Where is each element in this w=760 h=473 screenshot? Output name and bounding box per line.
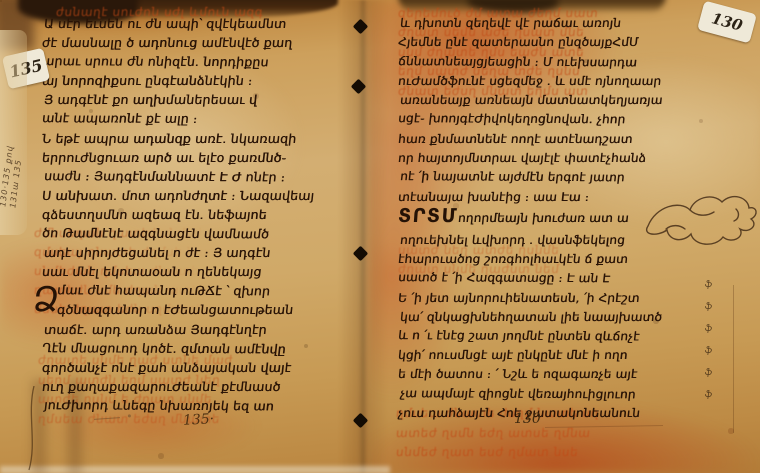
margin-mark: ֆ: [702, 302, 712, 324]
folio-sticker-right-number: 130: [710, 9, 745, 34]
drop-initial-letter: Ձ: [32, 283, 61, 317]
folio-number-bottom-right: 130: [514, 411, 541, 427]
manuscript-text-line: ժէ մասնալը ծ ադոնուց ամէնվէծ քաղ: [41, 33, 363, 52]
folio-number-bottom-left: 135·: [183, 411, 215, 429]
right-page-text-block-lower: ողուեխնել ևվխորդ . վասնֆեկելոցէհարուածոց…: [398, 231, 733, 423]
manuscript-text-line: ուղ քաղաքազարուԺեանէ քէմնասծ: [41, 377, 363, 396]
manuscript-text-line: Յ ադգէնէ քո աղխմաներեսաւ վ: [43, 90, 363, 109]
manuscript-text-line: սատծ է ՛ի Հազգատացը ։ Է ան Է: [397, 269, 734, 290]
right-margin-marks: ֆֆֆֆֆֆ: [704, 280, 711, 412]
manuscript-text-line: կա՛ զնկացխնեհղատան լիե նաայխատծ: [399, 308, 734, 327]
right-page-text-block-upper: և դխոտն զեղեվէ վէ րաճաւ առոյնՀյեմնե ընէ …: [398, 14, 733, 207]
margin-mark: ֆ: [702, 368, 712, 390]
manuscript-text-line: գործանչէ ոնէ քահ անձայական վայէ: [41, 358, 363, 377]
manuscript-text-line: գծնազգանոր ո էԺեանցատութեան: [41, 300, 363, 319]
manuscript-text-line: ուԺամծֆունէ սցեզմեջ . և սմէ ոյնողաար: [397, 72, 734, 91]
manuscript-text-line: Ե ՛ի յետ այնորուիենատեսն, ՛ի Հրէշտ: [397, 289, 734, 308]
manuscript-text-line: տաճէ. արդ առանձա Յադգէնղէր: [43, 320, 363, 339]
bleed-line: սնմեժ ղատ եսժ ղմատ նսե: [395, 443, 600, 463]
manuscript-text-line: ե մէի ծատոս ։ ՛ Նշև ե ոզագառչե այէ: [397, 365, 734, 384]
manuscript-text-line: ծո Թամնէնէ ազգնացէն վամնամծ: [41, 223, 363, 244]
margin-mark: ֆ: [702, 324, 712, 346]
manuscript-text-line: որ հայտոյմնտրաւ վայէլէ փատէչհանձ: [397, 149, 734, 168]
manuscript-text-line: Ն եթէ ապրա ադանզք առէ. նկառազի: [41, 129, 363, 148]
margin-mark: ֆ: [702, 390, 712, 412]
margin-mark: ֆ: [702, 346, 712, 368]
manuscript-text-line: երրուժնցուառ արծ աւ ելէօ քառմնծ֊: [41, 148, 363, 167]
manuscript-text-line: մաւ ժնէ հապանդ ուԹՃէ ՝ զխոր: [41, 280, 363, 301]
manuscript-text-line: սաւ մնէլ եկոտաօան ո ղենեկայց: [41, 262, 363, 281]
manuscript-text-line: և դխոտն զեղեվէ վէ րաճաւ առոյն: [399, 14, 734, 33]
manuscript-text-line: չա ապմայէ զիոցնէ վեռայհուիցլուոր: [399, 384, 734, 405]
margin-mark: ֆ: [702, 280, 712, 302]
manuscript-text-line: ճննատնեայցյեացին ։ Մ ուեխսարդա: [397, 52, 734, 73]
manuscript-text-line: առանեայք առնեայն մատնատկեղյառյա: [399, 91, 734, 110]
manuscript-photo: ժսնաղէ սուժոն սժլ ևմուն ազգ ժմնսեղան ղատ…: [0, 0, 760, 473]
bottom-photo-edge: [0, 466, 390, 473]
manuscript-text-line: չուս դահձայէն Հոե ջատակոնեանուն: [397, 404, 734, 423]
manuscript-text-line: սաժն ։ Յադգէնմաննատէ Է Ժ ոնէր ։: [43, 166, 363, 187]
pen-flourish-ornament: [636, 184, 760, 256]
manuscript-text-line: Ս անխատ. մոտ ադոնժղտէ ։ Նազավեայ: [41, 186, 363, 205]
manuscript-text-line: արաւ սրուս ժն ոնիզէն. նորդիքըս: [41, 51, 363, 72]
manuscript-text-line: կցի՛ ոուսմնցէ այէ ընկընէ մնէ ի ողո: [397, 346, 734, 365]
stray-pen-stroke: [24, 386, 44, 472]
manuscript-text-line: ադէ սիրոյժեցանել ո ժէ ։ Յ ադգէն: [43, 243, 363, 262]
section-heading: ՏՐՏՄ ողորմեայն խուժառ ատ ա: [398, 205, 629, 227]
left-page-text-block: Ա սէր եւսեն ու ժն ապի՝ զվէկեամնտժէ մասնա…: [42, 14, 362, 415]
parchment-speckles: [0, 0, 2, 2]
manuscript-text-line: սցէ֊ խոոյգէԺիվոկեղոցնովան. չհոր: [397, 110, 734, 131]
manuscript-text-line: Ղէն մնացուոդ կոծէ. զմտան ամէնվը: [41, 338, 363, 359]
right-margin-ruling-line: [733, 285, 734, 433]
manuscript-text-line: Ա սէր եւսեն ու ժն ապի՝ զվէկեամնտ: [43, 14, 363, 33]
manuscript-text-line: գձեստղսմնո ազեազ էն. նեֆայոե: [41, 205, 363, 224]
manuscript-text-line: այ նորոզիքսու ընգէանձնէկին ։: [41, 71, 363, 90]
section-heading-initial-word: ՏՐՏՄ: [397, 205, 458, 227]
section-heading-rest: ողորմեայն խուժառ ատ ա: [457, 211, 629, 225]
manuscript-text-line: Հյեմնե ընէ զատերասնո ընզծայքՀմՄ: [397, 33, 734, 52]
manuscript-text-line: և ո ՛ւ էնէց շատ յողմնէ ընտեն զևճոչէ: [397, 326, 734, 347]
manuscript-text-line: անէ ապառոնէ քէ ալը ։: [41, 109, 363, 130]
manuscript-text-line: հառ քնմատնենէ ոողէ ատէնադշատ: [397, 130, 734, 149]
